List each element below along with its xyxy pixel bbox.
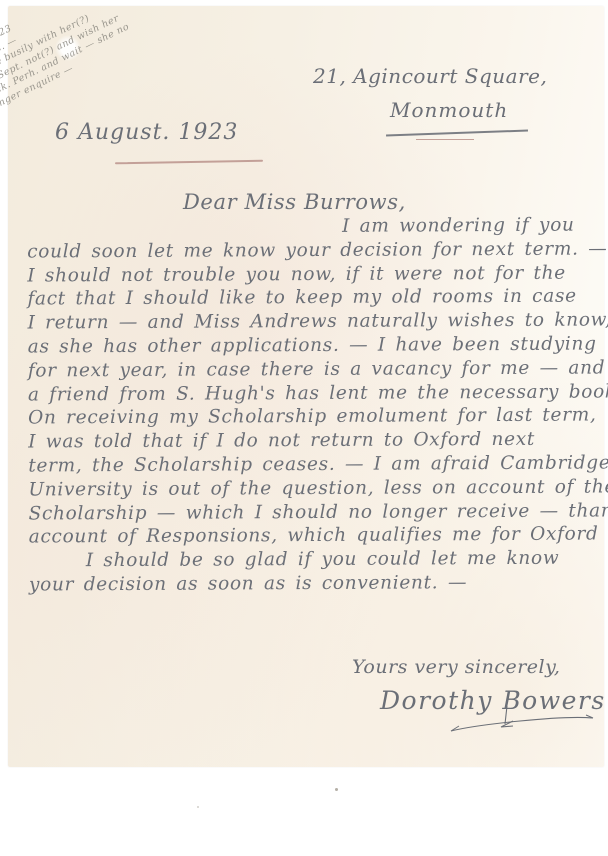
pencil-annotation: Aug. 1923 No vac. — to the busily with h… bbox=[0, 0, 182, 114]
closing: Yours very sincerely, bbox=[352, 656, 560, 678]
body-line: On receiving my Scholarship emolument fo… bbox=[28, 404, 594, 431]
address-underline-faint bbox=[416, 139, 474, 140]
address-line-2: Monmouth bbox=[390, 98, 508, 122]
body-line: could soon let me know your decision for… bbox=[27, 237, 593, 264]
salutation: Dear Miss Burrows, bbox=[183, 190, 406, 214]
letter-paper: Aug. 1923 No vac. — to the busily with h… bbox=[8, 6, 604, 767]
body-line: account of Responsions, which qualifies … bbox=[29, 523, 595, 550]
scan-speck bbox=[197, 806, 199, 808]
body-line: fact that I should like to keep my old r… bbox=[27, 285, 593, 312]
body-line: University is out of the question, less … bbox=[28, 475, 594, 502]
date-underline bbox=[115, 160, 263, 165]
body-line: I am wondering if you bbox=[27, 214, 593, 241]
body-line: I was told that if I do not return to Ox… bbox=[28, 428, 594, 455]
body-line: I should be so glad if you could let me … bbox=[29, 547, 595, 574]
body-line: I return — and Miss Andrews naturally wi… bbox=[28, 309, 594, 336]
body-line: for next year, in case there is a vacanc… bbox=[28, 356, 594, 383]
scanned-letter-page: Aug. 1923 No vac. — to the busily with h… bbox=[0, 0, 608, 856]
body-line: I should not trouble you now, if it were… bbox=[27, 261, 593, 288]
letter-date: 6 August. 1923 bbox=[55, 120, 238, 145]
body-line: a friend from S. Hugh's has lent me the … bbox=[28, 380, 594, 407]
scan-speck bbox=[335, 788, 338, 791]
body-line: Scholarship — which I should no longer r… bbox=[29, 499, 595, 526]
signature-flourish bbox=[445, 706, 600, 738]
body-line: term, the Scholarship ceases. — I am afr… bbox=[28, 451, 594, 478]
body-line: your decision as soon as is convenient. … bbox=[29, 570, 595, 597]
address-underline bbox=[386, 130, 528, 136]
letter-body: I am wondering if you could soon let me … bbox=[27, 214, 595, 598]
body-line: as she has other applications. — I have … bbox=[28, 333, 594, 360]
address-line-1: 21, Agincourt Square, bbox=[313, 64, 547, 88]
